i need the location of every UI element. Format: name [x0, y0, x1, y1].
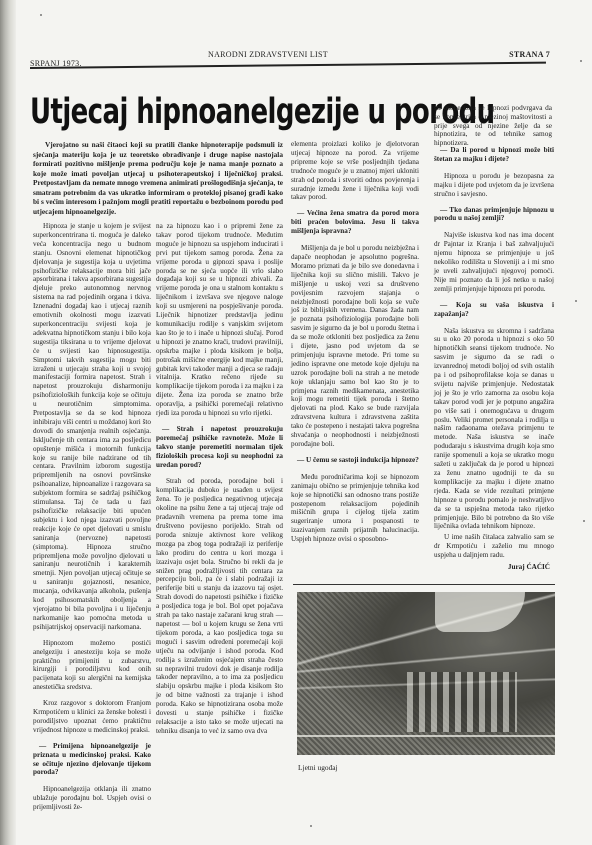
interview-question: — Koja su vaša iskustva i zapažanja?: [434, 301, 554, 319]
paragraph: Hipnoanelgezija otklanja ili znatno ubla…: [33, 785, 151, 812]
column-4: — Da li porod u hipnozi može biti štetan…: [434, 140, 554, 572]
paragraph: U ime naših čitalaca zahvalio sam se dr …: [434, 533, 554, 560]
interview-question: — U čemu se sastoji indukcija hipnoze?: [291, 456, 419, 465]
article-photo: [297, 592, 555, 755]
paragraph: elementa proizlazi koliko je djelotvoran…: [291, 140, 419, 202]
scan-speck: [310, 825, 312, 827]
newspaper-name: NARODNI ZDRAVSTVENI LIST: [208, 50, 328, 59]
interview-question: — Da li porod u hipnozi može biti štetan…: [434, 146, 554, 164]
paragraph: Hipnozom možemo postići anelgeziju i ane…: [33, 639, 151, 692]
author-signature: Juraj ĆAĆIĆ: [434, 563, 554, 572]
paragraph: Hipnoza je stanje u kojem je svijest sup…: [33, 222, 151, 632]
interview-question: — Većina žena smatra da porod mora biti …: [291, 209, 419, 236]
interview-question: — Strah i napetost prouzrokuju poremećaj…: [156, 425, 283, 470]
scan-speck: [40, 14, 42, 16]
scan-speck: [583, 520, 585, 522]
paragraph: Naša iskustva su skromna i sadržana su u…: [434, 327, 554, 532]
article-headline: Utjecaj hipnoanelgezije u porodu: [30, 92, 410, 133]
scan-speck: [580, 60, 582, 62]
photo-sky-area: [435, 592, 525, 632]
interview-question: — Primijena hipnoanelgezije je priznata …: [33, 742, 151, 778]
column-1: Hipnoza je stanje u kojem je svijest sup…: [33, 222, 151, 819]
paragraph: na za hipnozu kao i o pripremi žene za t…: [156, 222, 283, 418]
scan-speck: [575, 300, 577, 302]
paragraph: Strah od poroda, porođajne boli i kompli…: [156, 477, 283, 735]
paragraph: Među porodničarima koji se hipnozom zani…: [291, 473, 419, 544]
photo-railing: [297, 735, 555, 737]
page-number: STRANA 7: [509, 50, 550, 59]
scan-binding-shadow: [0, 0, 16, 845]
article-lead: Vjerojatno su naši čitaoci koji su prati…: [33, 140, 283, 216]
paragraph: Mišljenja da je bol u porodu neizbježna …: [291, 244, 419, 449]
paragraph: Hipnoza u porodu je bezopasna za majku i…: [434, 172, 554, 199]
interview-question: — Tko danas primjenjuje hipnozu u porodu…: [434, 206, 554, 224]
photo-top-divider: [293, 584, 555, 585]
photo-people-group: [407, 672, 517, 732]
column-2: na za hipnozu kao i o pripremi žene za t…: [156, 222, 283, 743]
paragraph: Najviše iskustva kod nas ima docent dr P…: [434, 231, 554, 293]
column-3: elementa proizlazi koliko je djelotvoran…: [291, 140, 419, 551]
photo-caption: Ljetni ugođaj: [298, 763, 338, 772]
paragraph: Kroz razgovor s doktorom Franjom Krmpoti…: [33, 699, 151, 735]
masthead: SRPANJ 1973. NARODNI ZDRAVSTVENI LIST ST…: [30, 50, 550, 72]
